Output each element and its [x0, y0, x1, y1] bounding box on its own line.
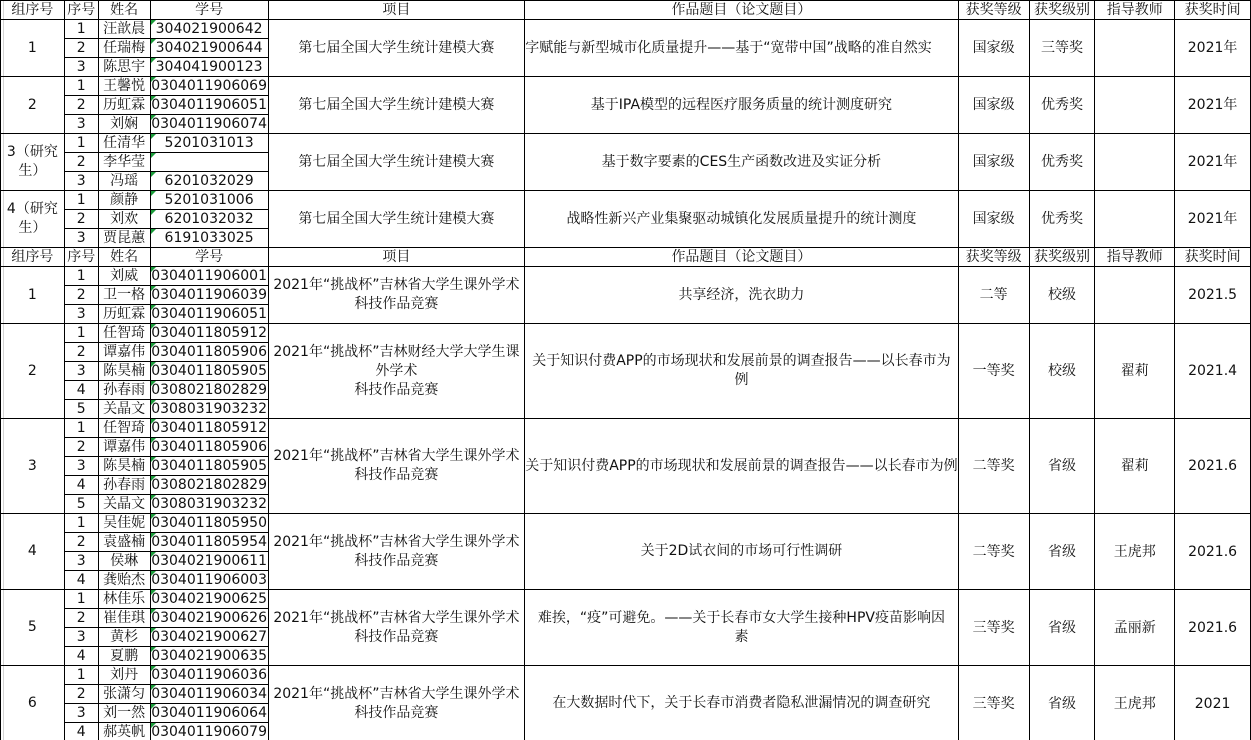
advisor-cell[interactable]: [1095, 134, 1175, 191]
award-level-cell[interactable]: 省级: [1029, 514, 1095, 590]
group-no-cell[interactable]: 3（研究生）: [1, 134, 65, 191]
name-cell[interactable]: 历虹霖: [98, 96, 150, 115]
name-cell[interactable]: 冯瑶: [98, 172, 150, 191]
advisor-cell[interactable]: 王虎邦: [1095, 514, 1175, 590]
name-cell[interactable]: 历虹霖: [98, 305, 150, 324]
header-row: 组序号序号姓名学号项目作品题目（论文题目）获奖等级获奖级别指导教师获奖时间: [1, 248, 1251, 267]
advisor-cell[interactable]: 孟丽新: [1095, 590, 1175, 666]
seq-no-cell[interactable]: 2: [64, 533, 98, 552]
group-no-cell[interactable]: 1: [1, 267, 65, 324]
seq-no-cell[interactable]: 5: [64, 400, 98, 419]
student-id-cell[interactable]: 304021900644: [150, 39, 268, 58]
seq-no-cell[interactable]: 3: [64, 362, 98, 381]
student-id-cell[interactable]: 0304011805950: [150, 514, 268, 533]
table-row: 11汪歆晨304021900642第七届全国大学生统计建模大赛字赋能与新型城市化…: [1, 20, 1251, 39]
seq-no-cell[interactable]: 1: [64, 191, 98, 210]
student-id-cell[interactable]: 0308021802829: [150, 381, 268, 400]
student-id-cell[interactable]: 0304021900627: [150, 628, 268, 647]
award-level-cell[interactable]: 优秀奖: [1029, 77, 1095, 134]
header-seq-no[interactable]: 序号: [64, 248, 98, 267]
title-cell[interactable]: 难挨，“疫”可避免。——关于长春市女大学生接种HPV疫苗影响因素: [525, 590, 958, 666]
award-time-cell[interactable]: 2021年: [1175, 191, 1251, 248]
name-cell[interactable]: 龚贻杰: [98, 571, 150, 590]
project-cell[interactable]: 2021年“挑战杯”吉林财经大学大学生课外学术 科技作品竞赛: [268, 324, 525, 419]
award-grade-cell[interactable]: 二等: [958, 267, 1029, 324]
seq-no-cell[interactable]: 2: [64, 609, 98, 628]
student-id-cell[interactable]: 0304011906039: [150, 286, 268, 305]
award-time-cell[interactable]: 2021年: [1175, 20, 1251, 77]
award-grade-cell[interactable]: 国家级: [958, 134, 1029, 191]
student-id-cell[interactable]: 0304011805905: [150, 457, 268, 476]
award-level-cell[interactable]: 优秀奖: [1029, 134, 1095, 191]
name-cell[interactable]: 郝英帆: [98, 723, 150, 740]
name-cell[interactable]: 刘娴: [98, 115, 150, 134]
seq-no-cell[interactable]: 2: [64, 210, 98, 229]
name-cell[interactable]: 刘欢: [98, 210, 150, 229]
advisor-cell[interactable]: [1095, 191, 1175, 248]
seq-no-cell[interactable]: 2: [64, 153, 98, 172]
table-row: 11刘威03040119060012021年“挑战杯”吉林省大学生课外学术科技作…: [1, 267, 1251, 286]
award-grade-cell[interactable]: 二等奖: [958, 419, 1029, 514]
award-grade-cell[interactable]: 一等奖: [958, 324, 1029, 419]
student-id-cell[interactable]: 0304011906036: [150, 666, 268, 685]
seq-no-cell[interactable]: 2: [64, 286, 98, 305]
title-cell[interactable]: 字赋能与新型城市化质量提升——基于“宽带中国”战略的准自然实: [525, 20, 958, 77]
award-level-cell[interactable]: 校级: [1029, 324, 1095, 419]
seq-no-cell[interactable]: 1: [64, 419, 98, 438]
header-project[interactable]: 项目: [268, 248, 525, 267]
name-cell[interactable]: 张潇匀: [98, 685, 150, 704]
header-advisor[interactable]: 指导教师: [1095, 248, 1175, 267]
seq-no-cell[interactable]: 1: [64, 514, 98, 533]
table-row: 4（研究生）1颜静5201031006第七届全国大学生统计建模大赛战略性新兴产业…: [1, 191, 1251, 210]
name-cell[interactable]: 袁盛楠: [98, 533, 150, 552]
name-cell[interactable]: 陈思宇: [98, 58, 150, 77]
award-grade-cell[interactable]: 国家级: [958, 191, 1029, 248]
name-cell[interactable]: 关晶文: [98, 400, 150, 419]
award-grade-cell[interactable]: 国家级: [958, 20, 1029, 77]
seq-no-cell[interactable]: 2: [64, 438, 98, 457]
seq-no-cell[interactable]: 5: [64, 495, 98, 514]
header-award-time[interactable]: 获奖时间: [1175, 1, 1251, 20]
name-cell[interactable]: 任瑞梅: [98, 39, 150, 58]
seq-no-cell[interactable]: 1: [64, 324, 98, 343]
award-time-cell[interactable]: 2021.5: [1175, 267, 1251, 324]
award-time-cell[interactable]: 2021.6: [1175, 590, 1251, 666]
award-level-cell[interactable]: 三等奖: [1029, 20, 1095, 77]
student-id-cell[interactable]: 0304021900635: [150, 647, 268, 666]
student-id-cell[interactable]: 0304021900611: [150, 552, 268, 571]
student-id-cell[interactable]: 6201032032: [150, 210, 268, 229]
seq-no-cell[interactable]: 1: [64, 267, 98, 286]
project-cell[interactable]: 第七届全国大学生统计建模大赛: [268, 191, 525, 248]
student-id-cell[interactable]: 0304011805906: [150, 343, 268, 362]
header-title[interactable]: 作品题目（论文题目）: [525, 1, 958, 20]
name-cell[interactable]: 卫一格: [98, 286, 150, 305]
advisor-cell[interactable]: [1095, 267, 1175, 324]
seq-no-cell[interactable]: 3: [64, 229, 98, 248]
name-cell[interactable]: 孙春雨: [98, 476, 150, 495]
student-id-cell[interactable]: 5201031006: [150, 191, 268, 210]
seq-no-cell[interactable]: 3: [64, 704, 98, 723]
name-cell[interactable]: 王馨悦: [98, 77, 150, 96]
advisor-cell[interactable]: 王虎邦: [1095, 666, 1175, 740]
name-cell[interactable]: 刘一然: [98, 704, 150, 723]
award-level-cell[interactable]: 省级: [1029, 666, 1095, 740]
table-row: 21任智琦03040118059122021年“挑战杯”吉林财经大学大学生课外学…: [1, 324, 1251, 343]
seq-no-cell[interactable]: 1: [64, 590, 98, 609]
name-cell[interactable]: 夏鹏: [98, 647, 150, 666]
award-grade-cell[interactable]: 三等奖: [958, 666, 1029, 740]
award-time-cell[interactable]: 2021.6: [1175, 514, 1251, 590]
table-row: 51林佳乐03040219006252021年“挑战杯”吉林省大学生课外学术科技…: [1, 590, 1251, 609]
name-cell[interactable]: 任智琦: [98, 419, 150, 438]
student-id-cell[interactable]: 0304011906064: [150, 704, 268, 723]
title-cell[interactable]: 共享经济，洗衣助力: [525, 267, 958, 324]
student-id-cell[interactable]: 5201031013: [150, 134, 268, 153]
student-id-cell[interactable]: 0304011805905: [150, 362, 268, 381]
name-cell[interactable]: 刘威: [98, 267, 150, 286]
seq-no-cell[interactable]: 3: [64, 172, 98, 191]
name-cell[interactable]: 林佳乐: [98, 590, 150, 609]
award-time-cell[interactable]: 2021年: [1175, 77, 1251, 134]
header-award-time[interactable]: 获奖时间: [1175, 248, 1251, 267]
project-cell[interactable]: 第七届全国大学生统计建模大赛: [268, 77, 525, 134]
header-award-level[interactable]: 获奖级别: [1029, 248, 1095, 267]
project-cell[interactable]: 第七届全国大学生统计建模大赛: [268, 134, 525, 191]
header-seq-no[interactable]: 序号: [64, 1, 98, 20]
name-cell[interactable]: 陈昊楠: [98, 362, 150, 381]
header-name[interactable]: 姓名: [98, 248, 150, 267]
award-grade-cell[interactable]: 国家级: [958, 77, 1029, 134]
project-cell[interactable]: 2021年“挑战杯”吉林省大学生课外学术科技作品竞赛: [268, 419, 525, 514]
name-cell[interactable]: 颜静: [98, 191, 150, 210]
name-cell[interactable]: 吴佳妮: [98, 514, 150, 533]
name-cell[interactable]: 黄杉: [98, 628, 150, 647]
group-no-cell[interactable]: 2: [1, 324, 65, 419]
table-row: 21王馨悦0304011906069第七届全国大学生统计建模大赛基于IPA模型的…: [1, 77, 1251, 96]
name-cell[interactable]: 汪歆晨: [98, 20, 150, 39]
seq-no-cell[interactable]: 4: [64, 381, 98, 400]
group-no-cell[interactable]: 6: [1, 666, 65, 740]
group-no-cell[interactable]: 1: [1, 20, 65, 77]
header-student-id[interactable]: 学号: [150, 1, 268, 20]
project-cell[interactable]: 2021年“挑战杯”吉林省大学生课外学术科技作品竞赛: [268, 514, 525, 590]
name-cell[interactable]: 陈昊楠: [98, 457, 150, 476]
student-id-cell[interactable]: 0308021802829: [150, 476, 268, 495]
table-row: 41吴佳妮03040118059502021年“挑战杯”吉林省大学生课外学术科技…: [1, 514, 1251, 533]
name-cell[interactable]: 侯琳: [98, 552, 150, 571]
spreadsheet-grid: 组序号序号姓名学号项目作品题目（论文题目）获奖等级获奖级别指导教师获奖时间11汪…: [0, 0, 1251, 740]
student-id-cell[interactable]: 0304011906001: [150, 267, 268, 286]
title-cell[interactable]: 基于数字要素的CES生产函数改进及实证分析: [525, 134, 958, 191]
student-id-cell[interactable]: 0304011906051: [150, 96, 268, 115]
student-id-cell[interactable]: [150, 153, 268, 172]
project-cell[interactable]: 2021年“挑战杯”吉林省大学生课外学术科技作品竞赛: [268, 590, 525, 666]
group-no-cell[interactable]: 3: [1, 419, 65, 514]
student-id-cell[interactable]: 304041900123: [150, 58, 268, 77]
name-cell[interactable]: 谭嘉伟: [98, 343, 150, 362]
seq-no-cell[interactable]: 1: [64, 666, 98, 685]
header-row: 组序号序号姓名学号项目作品题目（论文题目）获奖等级获奖级别指导教师获奖时间: [1, 1, 1251, 20]
student-id-cell[interactable]: 0304021900626: [150, 609, 268, 628]
award-grade-cell[interactable]: 二等奖: [958, 514, 1029, 590]
seq-no-cell[interactable]: 4: [64, 476, 98, 495]
title-cell[interactable]: 基于IPA模型的远程医疗服务质量的统计测度研究: [525, 77, 958, 134]
award-level-cell[interactable]: 校级: [1029, 267, 1095, 324]
award-grade-cell[interactable]: 三等奖: [958, 590, 1029, 666]
header-group-no[interactable]: 组序号: [1, 248, 65, 267]
seq-no-cell[interactable]: 3: [64, 115, 98, 134]
header-group-no[interactable]: 组序号: [1, 1, 65, 20]
name-cell[interactable]: 任清华: [98, 134, 150, 153]
award-time-cell[interactable]: 2021: [1175, 666, 1251, 740]
header-student-id[interactable]: 学号: [150, 248, 268, 267]
project-cell[interactable]: 2021年“挑战杯”吉林省大学生课外学术科技作品竞赛: [268, 666, 525, 740]
title-cell[interactable]: 关于知识付费APP的市场现状和发展前景的调查报告——以长春市为例: [525, 324, 958, 419]
student-id-cell[interactable]: 0304011906051: [150, 305, 268, 324]
header-advisor[interactable]: 指导教师: [1095, 1, 1175, 20]
student-id-cell[interactable]: 0304011906003: [150, 571, 268, 590]
student-id-cell[interactable]: 304021900642: [150, 20, 268, 39]
advisor-cell[interactable]: 翟莉: [1095, 419, 1175, 514]
student-id-cell[interactable]: 0308031903232: [150, 495, 268, 514]
header-project[interactable]: 项目: [268, 1, 525, 20]
name-cell[interactable]: 关晶文: [98, 495, 150, 514]
award-time-cell[interactable]: 2021.6: [1175, 419, 1251, 514]
student-id-cell[interactable]: 6201032029: [150, 172, 268, 191]
seq-no-cell[interactable]: 1: [64, 20, 98, 39]
award-time-cell[interactable]: 2021.4: [1175, 324, 1251, 419]
header-award-grade[interactable]: 获奖等级: [958, 1, 1029, 20]
name-cell[interactable]: 李华莹: [98, 153, 150, 172]
seq-no-cell[interactable]: 4: [64, 723, 98, 740]
title-cell[interactable]: 关于2D试衣间的市场可行性调研: [525, 514, 958, 590]
name-cell[interactable]: 任智琦: [98, 324, 150, 343]
title-cell[interactable]: 关于知识付费APP的市场现状和发展前景的调查报告——以长春市为例: [525, 419, 958, 514]
group-no-cell[interactable]: 2: [1, 77, 65, 134]
seq-no-cell[interactable]: 2: [64, 39, 98, 58]
project-cell[interactable]: 2021年“挑战杯”吉林省大学生课外学术科技作品竞赛: [268, 267, 525, 324]
group-no-cell[interactable]: 5: [1, 590, 65, 666]
name-cell[interactable]: 谭嘉伟: [98, 438, 150, 457]
award-time-cell[interactable]: 2021年: [1175, 134, 1251, 191]
seq-no-cell[interactable]: 4: [64, 647, 98, 666]
name-cell[interactable]: 崔佳琪: [98, 609, 150, 628]
advisor-cell[interactable]: [1095, 20, 1175, 77]
award-level-cell[interactable]: 省级: [1029, 590, 1095, 666]
header-award-grade[interactable]: 获奖等级: [958, 248, 1029, 267]
seq-no-cell[interactable]: 4: [64, 571, 98, 590]
advisor-cell[interactable]: 翟莉: [1095, 324, 1175, 419]
group-no-cell[interactable]: 4（研究生）: [1, 191, 65, 248]
seq-no-cell[interactable]: 3: [64, 58, 98, 77]
project-cell[interactable]: 第七届全国大学生统计建模大赛: [268, 20, 525, 77]
advisor-cell[interactable]: [1095, 77, 1175, 134]
student-id-cell[interactable]: 0304011805906: [150, 438, 268, 457]
header-title[interactable]: 作品题目（论文题目）: [525, 248, 958, 267]
student-id-cell[interactable]: 6191033025: [150, 229, 268, 248]
seq-no-cell[interactable]: 3: [64, 305, 98, 324]
header-award-level[interactable]: 获奖级别: [1029, 1, 1095, 20]
seq-no-cell[interactable]: 3: [64, 628, 98, 647]
seq-no-cell[interactable]: 1: [64, 77, 98, 96]
seq-no-cell[interactable]: 2: [64, 96, 98, 115]
table-row: 31任智琦03040118059122021年“挑战杯”吉林省大学生课外学术科技…: [1, 419, 1251, 438]
student-id-cell[interactable]: 0304021900625: [150, 590, 268, 609]
student-id-cell[interactable]: 0304011906079: [150, 723, 268, 740]
award-level-cell[interactable]: 省级: [1029, 419, 1095, 514]
name-cell[interactable]: 刘丹: [98, 666, 150, 685]
table-row: 3（研究生）1任清华5201031013第七届全国大学生统计建模大赛基于数字要素…: [1, 134, 1251, 153]
award-level-cell[interactable]: 优秀奖: [1029, 191, 1095, 248]
title-cell[interactable]: 战略性新兴产业集聚驱动城镇化发展质量提升的统计测度: [525, 191, 958, 248]
student-id-cell[interactable]: 0308031903232: [150, 400, 268, 419]
student-id-cell[interactable]: 0304011906074: [150, 115, 268, 134]
name-cell[interactable]: 孙春雨: [98, 381, 150, 400]
student-id-cell[interactable]: 0304011906069: [150, 77, 268, 96]
header-name[interactable]: 姓名: [98, 1, 150, 20]
seq-no-cell[interactable]: 2: [64, 685, 98, 704]
group-no-cell[interactable]: 4: [1, 514, 65, 590]
student-id-cell[interactable]: 0304011906034: [150, 685, 268, 704]
student-id-cell[interactable]: 0304011805954: [150, 533, 268, 552]
title-cell[interactable]: 在大数据时代下，关于长春市消费者隐私泄漏情况的调查研究: [525, 666, 958, 740]
student-id-cell[interactable]: 0304011805912: [150, 419, 268, 438]
student-id-cell[interactable]: 0304011805912: [150, 324, 268, 343]
seq-no-cell[interactable]: 2: [64, 343, 98, 362]
seq-no-cell[interactable]: 3: [64, 552, 98, 571]
seq-no-cell[interactable]: 1: [64, 134, 98, 153]
table-row: 61刘丹03040119060362021年“挑战杯”吉林省大学生课外学术科技作…: [1, 666, 1251, 685]
name-cell[interactable]: 贾昆蕙: [98, 229, 150, 248]
seq-no-cell[interactable]: 3: [64, 457, 98, 476]
